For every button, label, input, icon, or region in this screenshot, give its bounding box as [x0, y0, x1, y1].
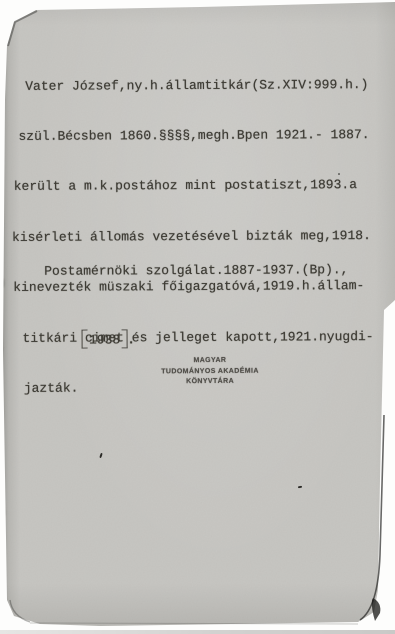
biography-line: szül.Bécsben 1860.§§§§,megh.Bpen 1921.- … — [0, 127, 395, 146]
biography-line: Vater József,ny.h.államtitkár(Sz.XIV:999… — [0, 77, 395, 96]
scan-bed-edge — [0, 630, 395, 634]
ink-speck — [231, 186, 233, 188]
ink-speck — [298, 486, 302, 489]
edge-smudge — [1, 508, 5, 517]
edge-smudge — [0, 278, 4, 288]
citation-year: 1938 — [89, 332, 120, 347]
catalog-card: Vater József,ny.h.államtitkár(Sz.XIV:999… — [0, 0, 395, 634]
biography-line: került a m.k.postához mint postatiszt,18… — [1, 177, 395, 196]
ink-speck — [338, 173, 340, 175]
citation-line: Postamérnöki szolgálat.1887-1937.(Bp)., — [0, 261, 395, 280]
pencil-bracket-left — [82, 330, 88, 349]
stamp-line: KÖNYVTÁRA — [140, 377, 280, 388]
ink-speck — [99, 453, 102, 458]
scan-background: Vater József,ny.h.államtitkár(Sz.XIV:999… — [0, 0, 395, 634]
edge-smudge — [0, 88, 4, 102]
citation-period: . — [127, 332, 135, 347]
library-stamp: MAGYAR TUDOMÁNYOS AKADÉMIA KÖNYVTÁRA — [140, 356, 280, 388]
